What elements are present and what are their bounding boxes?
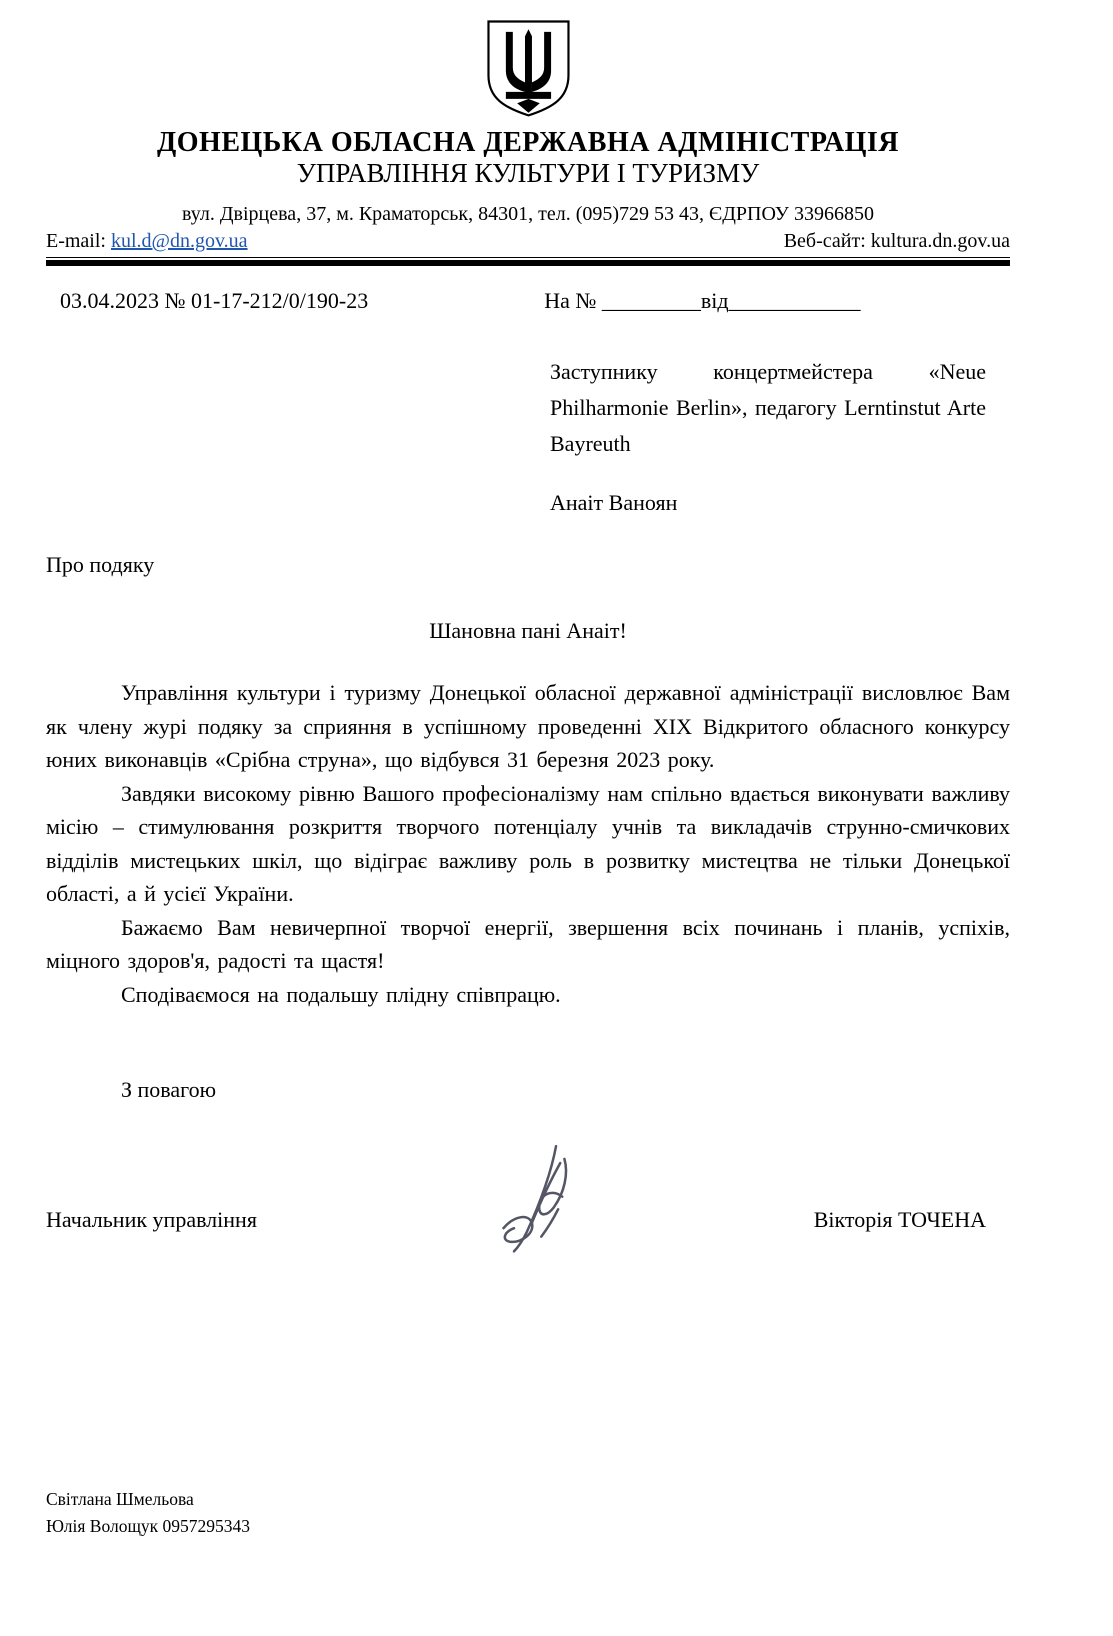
letter-content: ДОНЕЦЬКА ОБЛАСНА ДЕРЖАВНА АДМІНІСТРАЦІЯ … [46, 0, 1010, 1235]
body-paragraph: Сподіваємося на подальшу плідну співпрац… [46, 978, 1010, 1012]
recipient-name: Анаіт Ваноян [550, 488, 1010, 518]
department-name: УПРАВЛІННЯ КУЛЬТУРИ І ТУРИЗМУ [46, 158, 1010, 188]
body-paragraph: Завдяки високому рівню Вашого професіона… [46, 777, 1010, 911]
body-paragraph: Бажаємо Вам невичерпної творчої енергії,… [46, 911, 1010, 978]
signatory-position: Начальник управління [46, 1205, 257, 1235]
reference-row: 03.04.2023 № 01-17-212/0/190-23 На № ___… [46, 286, 1010, 316]
closing-phrase: З повагою [46, 1075, 1010, 1105]
email-label: E-mail: [46, 230, 111, 252]
handwritten-signature-icon [470, 1140, 600, 1266]
recipient-description: Заступнику концертмейстера «Neue Philhar… [550, 354, 986, 462]
signatory-name: Вікторія ТОЧЕНА [814, 1205, 986, 1235]
footer-contact-1: Світлана Шмельова [46, 1486, 250, 1513]
email-link[interactable]: kul.d@dn.gov.ua [111, 230, 248, 252]
address-line: вул. Двірцева, 37, м. Краматорськ, 84301… [46, 202, 1010, 226]
website-label: Веб-сайт: kultura.dn.gov.ua [784, 228, 1010, 254]
salutation: Шановна пані Анаіт! [46, 616, 1010, 646]
footer-contact-2: Юлія Волощук 0957295343 [46, 1513, 250, 1540]
organization-name: ДОНЕЦЬКА ОБЛАСНА ДЕРЖАВНА АДМІНІСТРАЦІЯ [46, 128, 1010, 158]
contact-row: E-mail: kul.d@dn.gov.ua Веб-сайт: kultur… [46, 228, 1010, 254]
letter-body: Управління культури і туризму Донецької … [46, 676, 1010, 1011]
body-paragraph: Управління культури і туризму Донецької … [46, 676, 1010, 777]
signing-row: Начальник управління Вікторія ТОЧЕНА [46, 1205, 1010, 1235]
ukraine-trident-icon [485, 18, 572, 118]
header-rule-thin [46, 257, 1010, 258]
incoming-reference: На № _________від____________ [544, 286, 860, 316]
subject-line: Про подяку [46, 550, 1010, 580]
footer-contacts: Світлана Шмельова Юлія Волощук 095729534… [46, 1486, 250, 1540]
outgoing-reference: 03.04.2023 № 01-17-212/0/190-23 [60, 286, 368, 316]
emblem-container [46, 0, 1010, 118]
header-rule-thick [46, 260, 1010, 266]
email-cell: E-mail: kul.d@dn.gov.ua [46, 228, 248, 254]
letter-page: ДОНЕЦЬКА ОБЛАСНА ДЕРЖАВНА АДМІНІСТРАЦІЯ … [0, 0, 1113, 1636]
